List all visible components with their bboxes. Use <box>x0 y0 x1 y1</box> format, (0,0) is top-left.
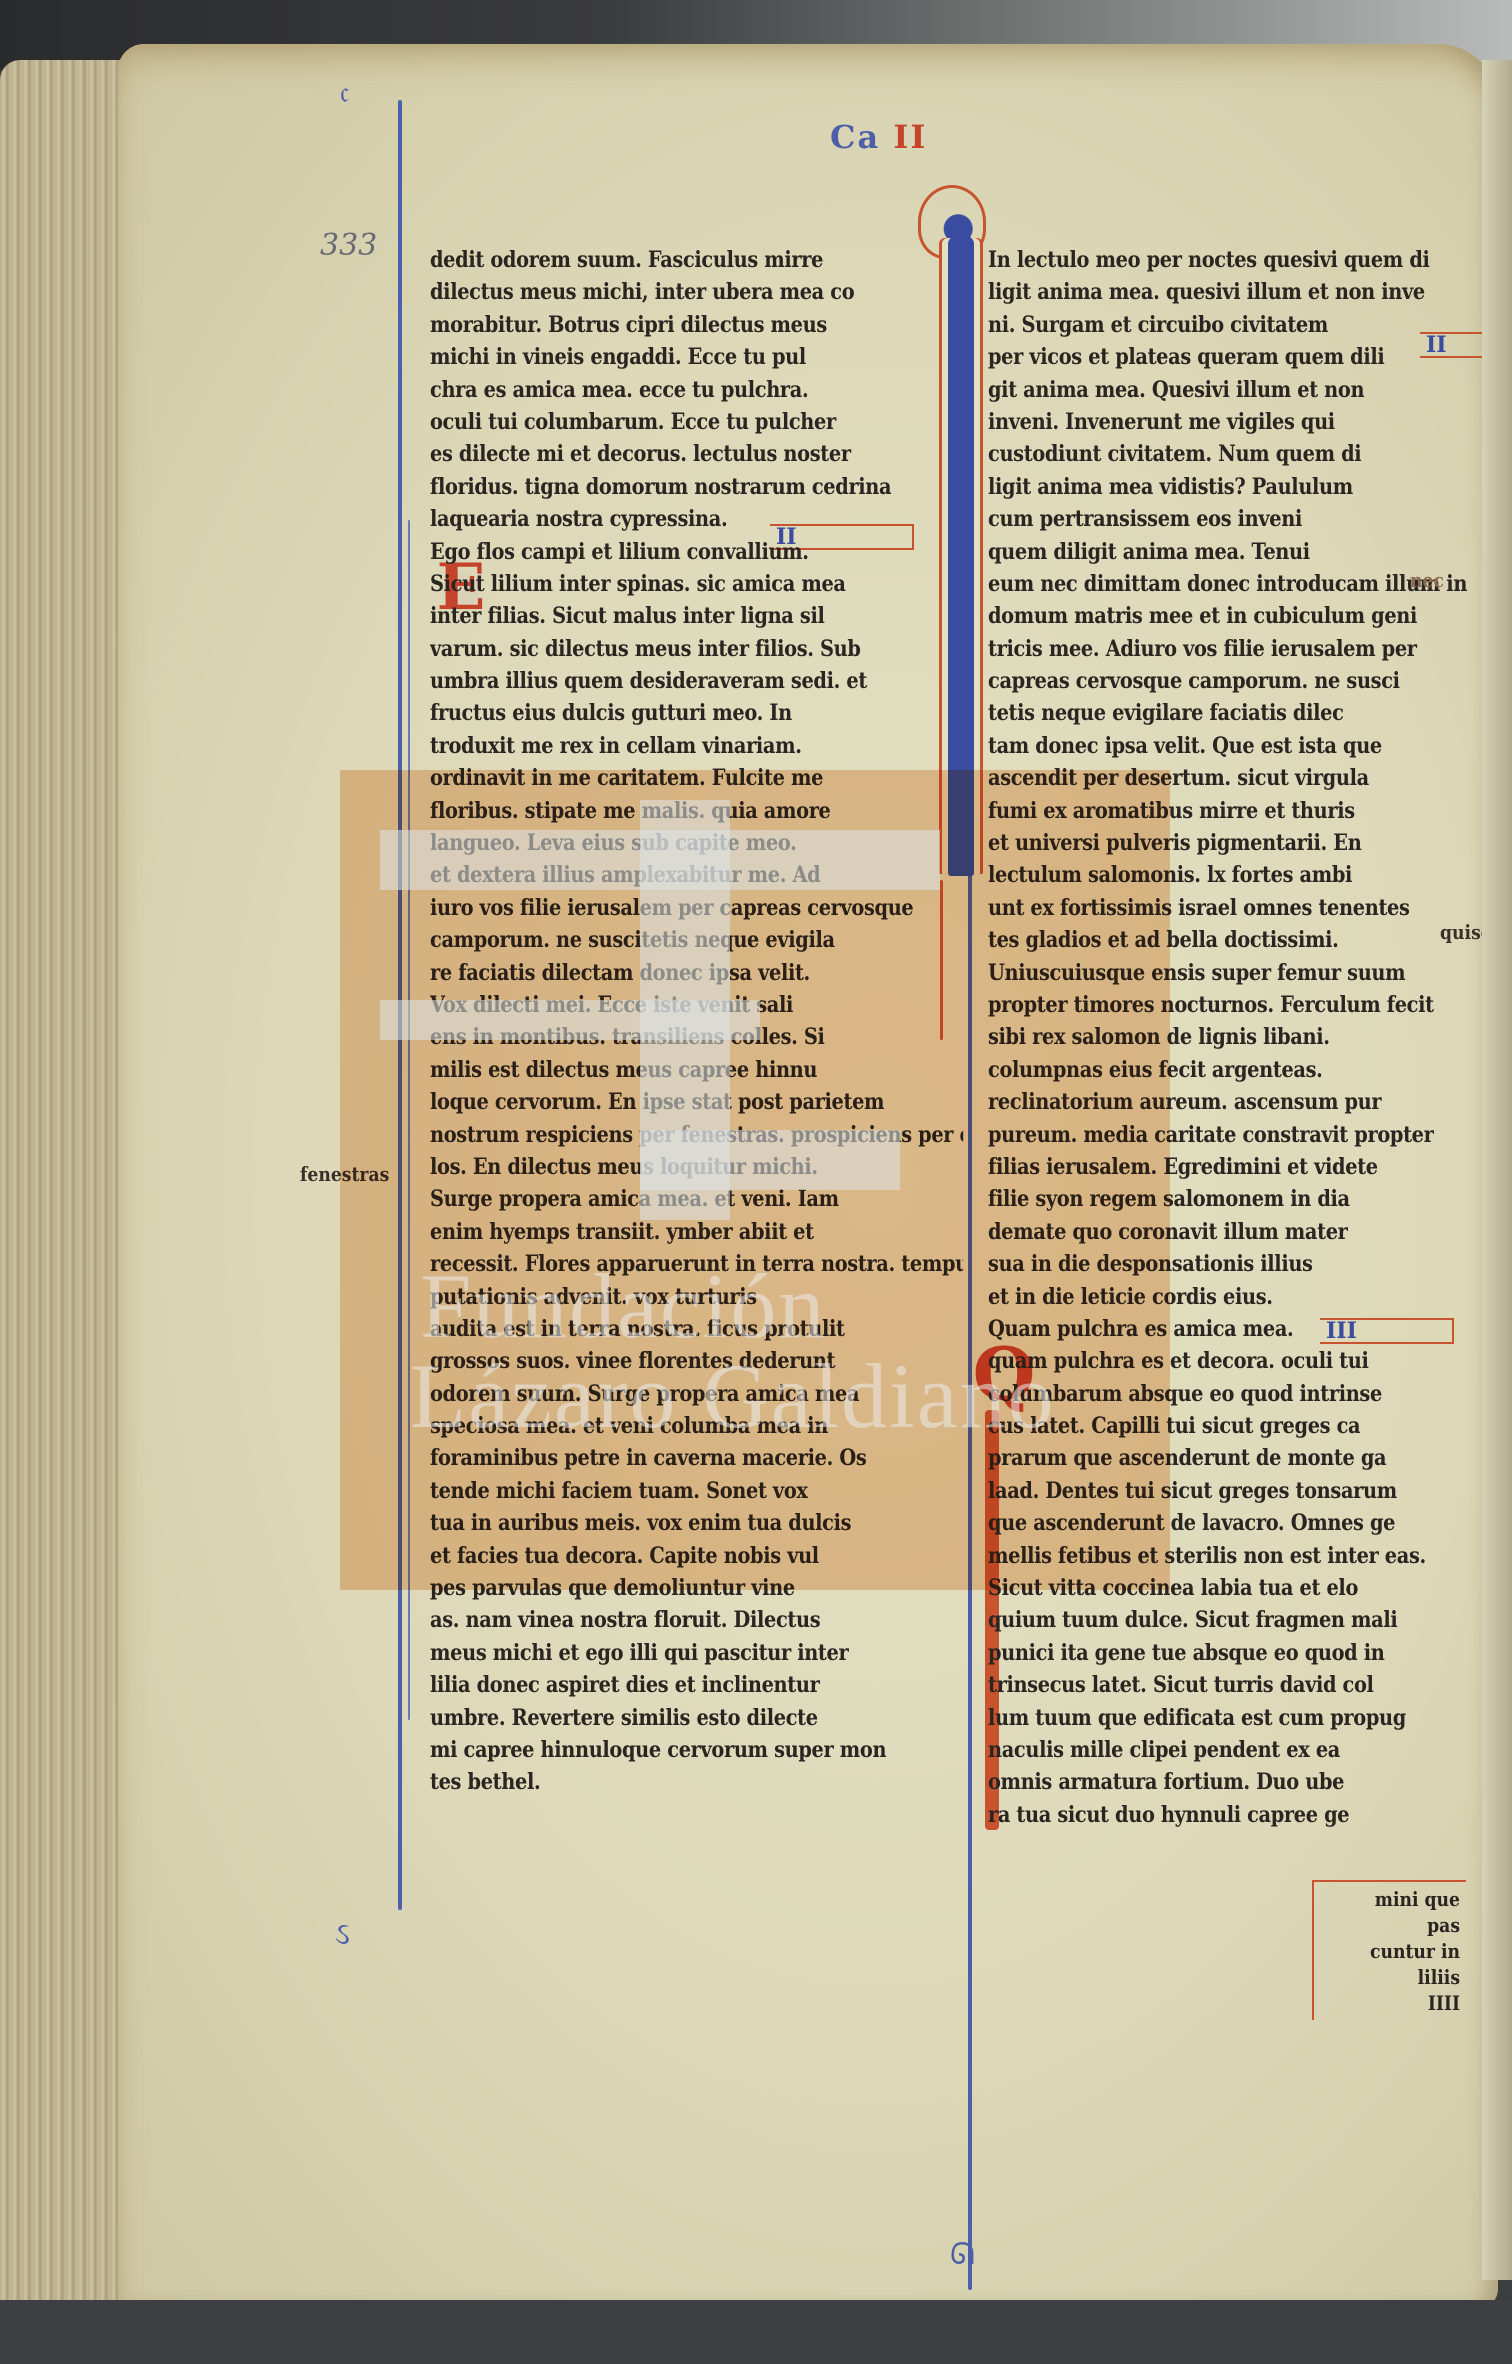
watermark-text-line2: Lázaro Galdiano <box>410 1350 1056 1442</box>
watermark-text-line1: Fundación <box>420 1260 826 1352</box>
text-line: tam donec ipsa velit. Que est ista que <box>988 730 1487 762</box>
text-line: punici ita gene tue absque eo quod in <box>988 1637 1487 1669</box>
text-line: dedit odorem suum. Fasciculus mirre <box>430 244 963 276</box>
page-stack-edge <box>0 60 130 2310</box>
text-line: omnis armatura fortium. Duo ube <box>988 1766 1487 1798</box>
margin-note-nec: nec <box>1410 568 1444 592</box>
text-line: tes bethel. <box>430 1766 963 1798</box>
text-line: meus michi et ego illi qui pascitur inte… <box>430 1637 963 1669</box>
catchword-line: IIII <box>1340 1990 1460 2016</box>
running-header-part2: II <box>893 118 927 156</box>
text-line: capreas cervosque camporum. ne susci <box>988 665 1487 697</box>
text-line: chra es amica mea. ecce tu pulchra. <box>430 374 963 406</box>
text-line: tetis neque evigilare faciatis dilec <box>988 697 1487 729</box>
catchword-line: mini que pas <box>1340 1886 1460 1938</box>
text-line: laquearia nostra cypressina. <box>430 503 963 535</box>
text-line: inveni. Invenerunt me vigiles qui <box>988 406 1487 438</box>
text-line: es dilecte mi et decorus. lectulus noste… <box>430 438 963 470</box>
text-line: naculis mille clipei pendent ex ea <box>988 1734 1487 1766</box>
text-line: ligit anima mea vidistis? Paululum <box>988 471 1487 503</box>
folio-number: 333 <box>320 228 377 263</box>
text-line: cum pertransissem eos inveni <box>988 503 1487 535</box>
text-line: ra tua sicut duo hynnuli capree ge <box>988 1799 1487 1831</box>
running-header: Ca II <box>830 118 927 156</box>
text-line: per vicos et plateas queram quem dili <box>988 341 1487 373</box>
text-line: ligit anima mea. quesivi illum et non in… <box>988 276 1487 308</box>
text-line: quem diligit anima mea. Tenui <box>988 536 1487 568</box>
text-line: varum. sic dilectus meus inter filios. S… <box>430 633 963 665</box>
text-line: domum matris mee et in cubiculum geni <box>988 600 1487 632</box>
text-line: troduxit me rex in cellam vinariam. <box>430 730 963 762</box>
text-line: trinsecus latet. Sicut turris david col <box>988 1669 1487 1701</box>
text-line: dilectus meus michi, inter ubera mea co <box>430 276 963 308</box>
text-line: fructus eius dulcis gutturi meo. In <box>430 697 963 729</box>
text-line: tricis mee. Adiuro vos filie ierusalem p… <box>988 633 1487 665</box>
text-line: morabitur. Botrus cipri dilectus meus <box>430 309 963 341</box>
text-line: git anima mea. Quesivi illum et non <box>988 374 1487 406</box>
flourish-bottom-left: ઽ <box>335 1920 350 1950</box>
text-line: michi in vineis engaddi. Ecce tu pul <box>430 341 963 373</box>
watermark-block-right <box>980 770 1170 1590</box>
text-line: floridus. tigna domorum nostrarum cedrin… <box>430 471 963 503</box>
catchword-line: cuntur in <box>1340 1938 1460 1964</box>
text-line: umbre. Revertere similis esto dilecte <box>430 1702 963 1734</box>
text-line: lilia donec aspiret dies et inclinentur <box>430 1669 963 1701</box>
photo-background-bottom <box>0 2300 1512 2364</box>
text-line: ni. Surgam et circuibo civitatem <box>988 309 1487 341</box>
text-line: inter filias. Sicut malus inter ligna si… <box>430 600 963 632</box>
text-line: Sicut lilium inter spinas. sic amica mea <box>430 568 963 600</box>
text-line: oculi tui columbarum. Ecce tu pulcher <box>430 406 963 438</box>
text-line: In lectulo meo per noctes quesivi quem d… <box>988 244 1487 276</box>
page-fore-edge <box>1482 60 1512 2280</box>
text-line: Ego flos campi et lilium convallium. <box>430 536 963 568</box>
catchword-line: liliis <box>1340 1964 1460 1990</box>
text-line: quium tuum dulce. Sicut fragmen mali <box>988 1604 1487 1636</box>
watermark-letter-l-foot <box>640 1130 900 1190</box>
flourish-top-left: 𝔠 <box>340 78 349 108</box>
flourish-bottom-center: ᘏ <box>950 2240 975 2270</box>
text-line: umbra illius quem desideraveram sedi. et <box>430 665 963 697</box>
text-line: mi capree hinnuloque cervorum super mon <box>430 1734 963 1766</box>
text-line: as. nam vinea nostra floruit. Dilectus <box>430 1604 963 1636</box>
text-line: lum tuum que edificata est cum propug <box>988 1702 1487 1734</box>
running-header-part1: Ca <box>830 118 880 156</box>
text-line: custodiunt civitatem. Num quem di <box>988 438 1487 470</box>
catchword-box: mini que pas cuntur in liliis IIII <box>1312 1880 1466 2020</box>
